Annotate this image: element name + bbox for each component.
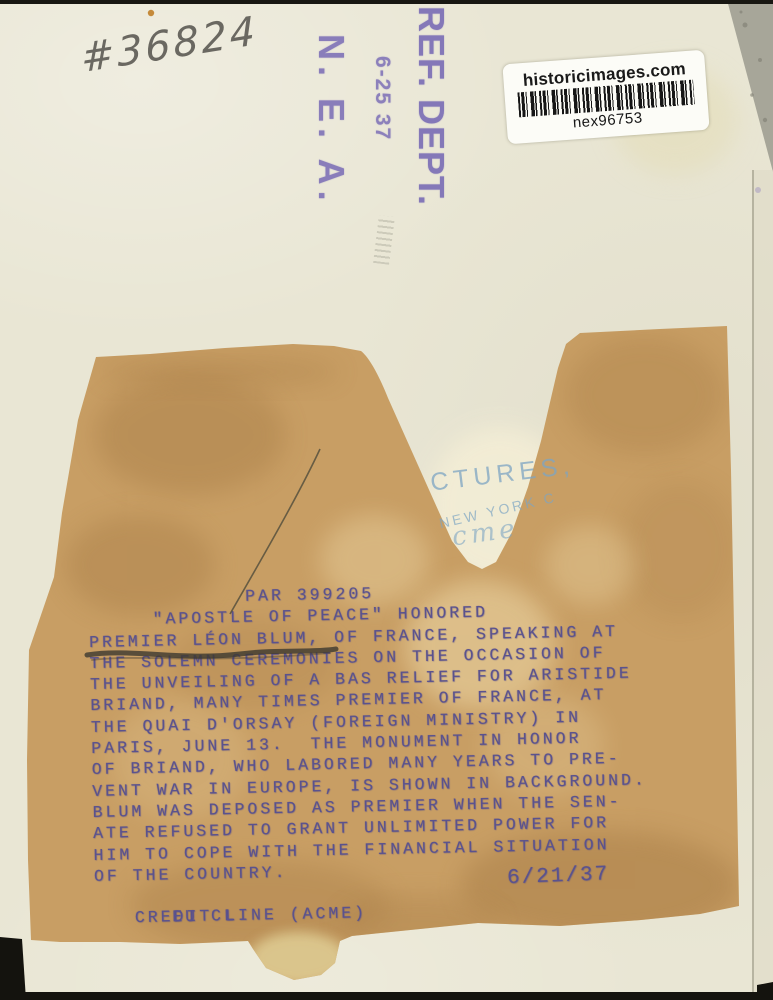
caption-footer-code: EU CL [172,906,237,926]
scan-edge-bottom-left [0,937,26,1000]
scan-corner-gray [727,0,773,172]
scan-edge-bottom-right [757,982,773,1000]
stamp-received-date: 6-25 37 [370,56,394,141]
orange-speck [148,10,154,16]
sticker-code: nex96753 [572,109,643,131]
barcode-sticker: historicimages.com nex96753 [502,50,709,145]
photo-back-scan: #36824 N. E. A. 6-25 37 REF. DEPT. histo… [0,0,773,1000]
stamp-nea: N. E. A. [310,34,352,207]
caption-date: 6/21/37 [507,864,610,889]
scan-edge-bottom [0,992,773,1000]
scan-edge-top [0,0,773,4]
stamp-ref-dept: REF. DEPT. [410,6,452,206]
photo-right-edge-line [752,170,754,992]
caption-block: PAR 399205 "APOSTLE OF PEACE" HONORED PR… [88,577,675,930]
photo-right-edge-band [754,170,773,992]
